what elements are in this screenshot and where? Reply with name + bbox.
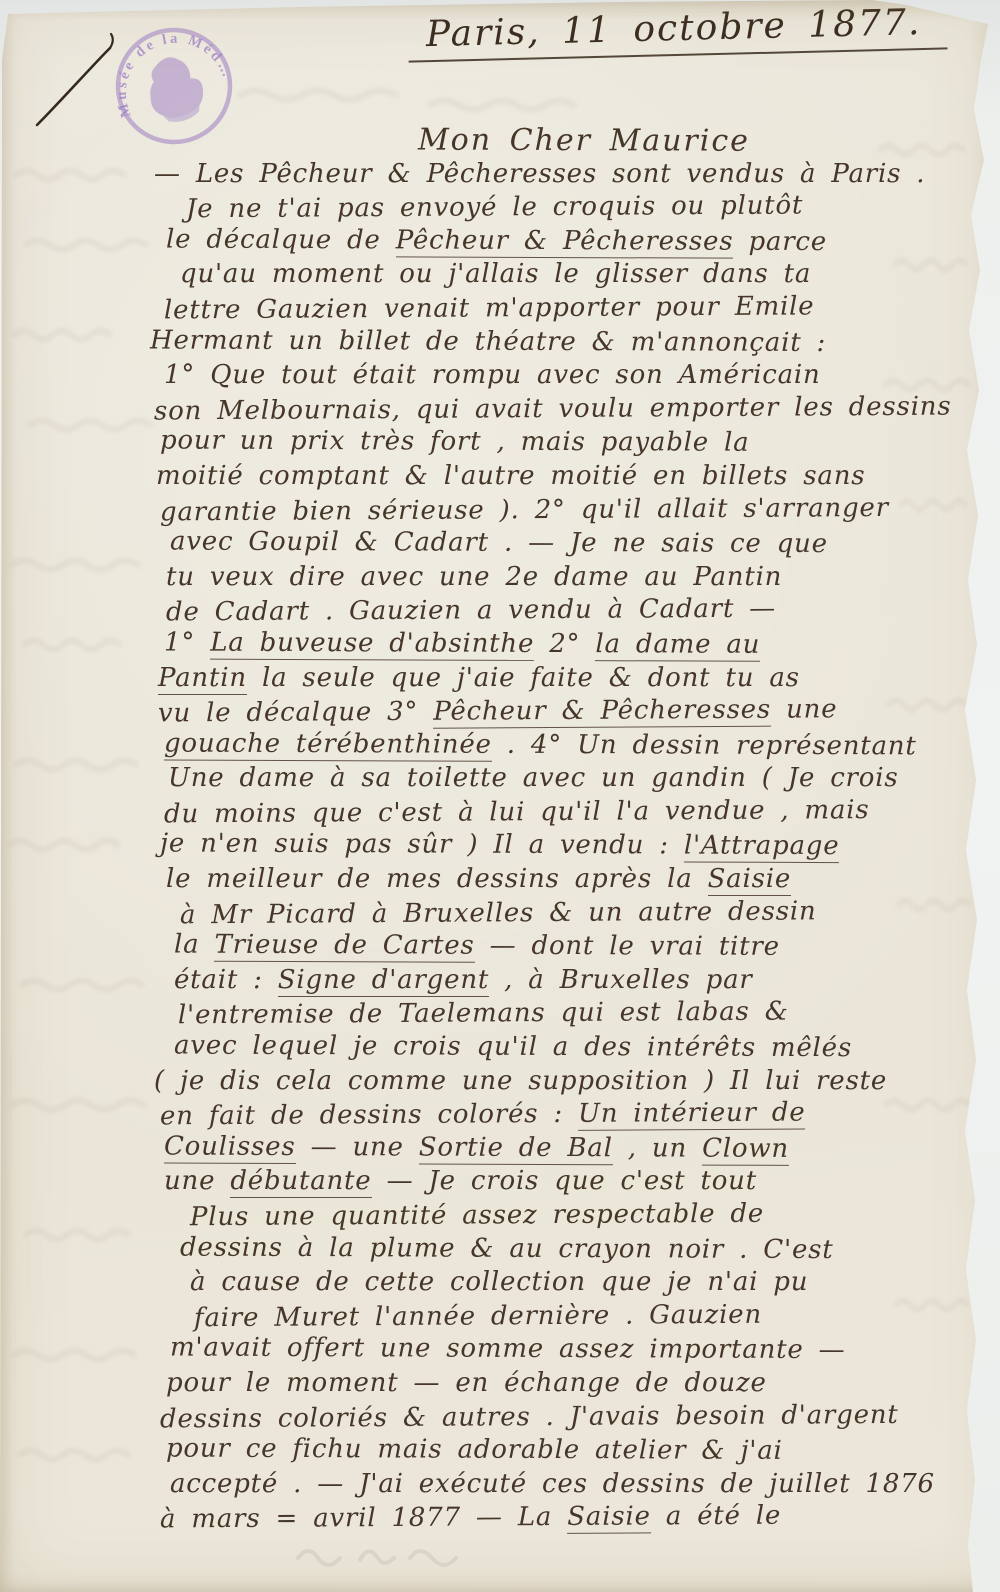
letter-line: moitié comptant & l'autre moitié en bill… <box>150 460 958 494</box>
text-segment: , à Bruxelles par <box>489 965 753 995</box>
letter-line: de Cadart . Gauzien a vendu à Cadart — <box>150 592 958 631</box>
letter-line: Mon Cher Maurice <box>150 122 958 159</box>
letter-page: Musée de la Méd… Paris, 11 octobre 1877.… <box>0 0 1000 1592</box>
letter-line: Hermant un billet de théatre & m'annonça… <box>150 324 958 361</box>
underlined-phrase: Saisie <box>567 1502 651 1535</box>
underlined-phrase: Signe d'argent <box>278 965 489 997</box>
faint-pencil-note <box>290 1528 470 1578</box>
text-segment: 2° <box>534 629 595 659</box>
text-segment: en fait de dessins colorés : <box>160 1099 578 1132</box>
letter-line: dessins coloriés & autres . J'avais beso… <box>150 1398 958 1437</box>
text-segment: pour ce fichu mais adorable atelier & j'… <box>166 1434 783 1466</box>
text-segment: l'entremise de Taelemans qui est labas & <box>178 997 789 1031</box>
letter-line: était : Signe d'argent , à Bruxelles par <box>150 964 958 998</box>
text-segment: — dont le vrai titre <box>475 931 780 962</box>
letter-line: Pantin la seule que j'aie faite & dont t… <box>150 662 958 696</box>
letter-line: en fait de dessins colorés : Un intérieu… <box>150 1096 958 1135</box>
text-segment: , un <box>613 1133 702 1163</box>
letter-line: faire Muret l'année dernière . Gauzien <box>150 1297 958 1336</box>
text-segment: une <box>164 1166 230 1196</box>
letter-line: pour le moment — en échange de douze <box>150 1367 958 1401</box>
letter-line: son Melbournais, qui avait voulu emporte… <box>150 390 958 429</box>
underlined-phrase: la dame au <box>595 629 760 662</box>
underlined-phrase: Clown <box>702 1133 789 1165</box>
date-line: Paris, 11 octobre 1877. <box>407 1 947 62</box>
page-number-slash-mark <box>20 30 150 150</box>
text-segment: à cause de cette collection que je n'ai … <box>190 1267 808 1297</box>
letter-line: pour un prix très fort , mais payable la <box>150 425 958 462</box>
letter-line: à cause de cette collection que je n'ai … <box>150 1266 958 1300</box>
text-segment: vu le décalque 3° <box>158 697 434 729</box>
text-segment: m'avait offert une somme assez important… <box>170 1333 846 1366</box>
letter-line: une débutante — Je crois que c'est tout <box>150 1165 958 1199</box>
letter-line: du moins que c'est à lui qu'il l'a vendu… <box>150 793 958 832</box>
text-segment: je n'en suis pas sûr ) Il a vendu : <box>160 829 684 861</box>
scan-background: Musée de la Méd… Paris, 11 octobre 1877.… <box>0 0 1000 1592</box>
text-segment: son Melbournais, qui avait voulu emporte… <box>154 391 952 426</box>
text-segment: tu veux dire avec une 2e dame au Pantin <box>166 562 782 592</box>
text-segment: pour un prix très fort , mais payable la <box>160 426 750 458</box>
letter-line: garantie bien sérieuse ). 2° qu'il allai… <box>150 491 958 530</box>
text-segment: le décalque de <box>166 224 396 255</box>
underlined-phrase: La buveuse d'absinthe <box>210 628 534 661</box>
letter-line: 1° La buveuse d'absinthe 2° la dame au <box>150 626 958 663</box>
letter-line: ( je dis cela comme une supposition ) Il… <box>150 1065 958 1099</box>
letter-line: le meilleur de mes dessins après la Sais… <box>150 863 958 897</box>
letter-line: 1° Que tout était rompu avec son América… <box>150 359 958 393</box>
underlined-phrase: Sortie de Bal <box>419 1132 613 1165</box>
text-segment: Plus une quantité assez respectable de <box>190 1199 764 1233</box>
text-segment: 1° <box>164 627 210 657</box>
underlined-phrase: Trieuse de Cartes <box>214 930 474 963</box>
letter-line: dessins à la plume & au crayon noir . C'… <box>150 1231 958 1268</box>
underlined-phrase: débutante <box>230 1166 371 1198</box>
text-segment: du moins que c'est à lui qu'il l'a vendu… <box>164 795 870 829</box>
letter-line: l'entremise de Taelemans qui est labas & <box>150 995 958 1034</box>
letter-line: à mars = avril 1877 — La Saisie a été le <box>150 1499 958 1538</box>
text-segment: garantie bien sérieuse ). 2° qu'il allai… <box>160 492 889 526</box>
text-segment: était : <box>174 965 278 995</box>
letter-line: Coulisses — une Sortie de Bal , un Clown <box>150 1130 958 1167</box>
letter-body: Mon Cher Maurice— Les Pêcheur & Pêcheres… <box>150 124 958 1535</box>
text-segment: une <box>771 694 838 724</box>
text-segment: moitié comptant & l'autre moitié en bill… <box>156 461 865 491</box>
text-segment: a été le <box>651 1501 782 1532</box>
text-segment: accepté . — J'ai exécuté ces dessins de … <box>170 1469 935 1499</box>
letter-line: avec lequel je crois qu'il a des intérêt… <box>150 1029 958 1066</box>
text-segment: avec lequel je crois qu'il a des intérêt… <box>174 1031 852 1064</box>
text-segment: le meilleur de mes dessins après la <box>166 864 708 894</box>
letter-line: la Trieuse de Cartes — dont le vrai titr… <box>150 929 958 966</box>
underlined-phrase: Un intérieur de <box>578 1098 806 1131</box>
text-segment: — une <box>295 1132 418 1162</box>
letter-line: pour ce fichu mais adorable atelier & j'… <box>150 1433 958 1470</box>
letter-line: vu le décalque 3° Pêcheur & Pêcheresses … <box>150 693 958 732</box>
text-segment: avec Goupil & Cadart . — Je ne sais ce q… <box>170 527 828 560</box>
letter-line: m'avait offert une somme assez important… <box>150 1332 958 1369</box>
letter-line: — Les Pêcheur & Pêcheresses sont vendus … <box>150 158 958 192</box>
text-segment: pour le moment — en échange de douze <box>166 1368 767 1398</box>
underlined-phrase: Saisie <box>708 864 791 896</box>
letter-line: lettre Gauzien venait m'apporter pour Em… <box>150 290 958 329</box>
text-segment: . 4° Un dessin représentant <box>492 729 917 761</box>
text-segment: de Cadart . Gauzien a vendu à Cadart — <box>166 594 776 628</box>
letter-line: Une dame à sa toilette avec un gandin ( … <box>150 762 958 796</box>
underlined-phrase: l'Attrapage <box>684 831 840 864</box>
letter-line: tu veux dire avec une 2e dame au Pantin <box>150 561 958 595</box>
underlined-phrase: Pêcheur & Pêcheresses <box>433 695 771 729</box>
text-segment: la <box>174 930 215 960</box>
letter-line: à Mr Picard à Bruxelles & un autre dessi… <box>150 894 958 933</box>
text-segment: Une dame à sa toilette avec un gandin ( … <box>168 763 899 793</box>
text-segment: — Je crois que c'est tout <box>372 1166 757 1196</box>
letter-line: qu'au moment ou j'allais le glisser dans… <box>150 258 958 292</box>
letter-line: accepté . — J'ai exécuté ces dessins de … <box>150 1468 958 1502</box>
text-segment: ( je dis cela comme une supposition ) Il… <box>154 1066 887 1096</box>
text-segment: — Les Pêcheur & Pêcheresses sont vendus … <box>154 159 925 189</box>
text-segment: dessins à la plume & au crayon noir . C'… <box>180 1232 834 1265</box>
text-segment: 1° Que tout était rompu avec son América… <box>164 360 821 390</box>
text-segment: qu'au moment ou j'allais le glisser dans… <box>180 259 811 289</box>
underlined-phrase: gouache térébenthinée <box>164 728 492 761</box>
text-segment: lettre Gauzien venait m'apporter pour Em… <box>164 291 815 325</box>
underlined-phrase: Pantin <box>158 663 247 695</box>
letter-line: je n'en suis pas sûr ) Il a vendu : l'At… <box>150 828 958 865</box>
letter-line: Plus une quantité assez respectable de <box>150 1197 958 1236</box>
text-segment: Mon Cher Maurice <box>418 122 750 158</box>
text-segment: Hermant un billet de théatre & m'annonça… <box>150 325 826 358</box>
text-segment: dessins coloriés & autres . J'avais beso… <box>160 1399 899 1434</box>
letter-line: avec Goupil & Cadart . — Je ne sais ce q… <box>150 526 958 563</box>
text-segment: à Mr Picard à Bruxelles & un autre dessi… <box>180 896 817 930</box>
text-segment: la seule que j'aie faite & dont tu as <box>247 663 800 693</box>
text-segment: faire Muret l'année dernière . Gauzien <box>194 1300 762 1333</box>
underlined-phrase: Pêcheur & Pêcheresses <box>396 225 734 258</box>
underlined-phrase: Coulisses <box>164 1131 296 1164</box>
letter-line: gouache térébenthinée . 4° Un dessin rep… <box>150 727 958 764</box>
text-segment: Je ne t'ai pas envoyé le croquis ou plut… <box>186 191 803 225</box>
letter-line: le décalque de Pêcheur & Pêcheresses par… <box>150 223 958 260</box>
letter-line: Je ne t'ai pas envoyé le croquis ou plut… <box>150 189 958 228</box>
text-segment: parce <box>733 226 827 256</box>
